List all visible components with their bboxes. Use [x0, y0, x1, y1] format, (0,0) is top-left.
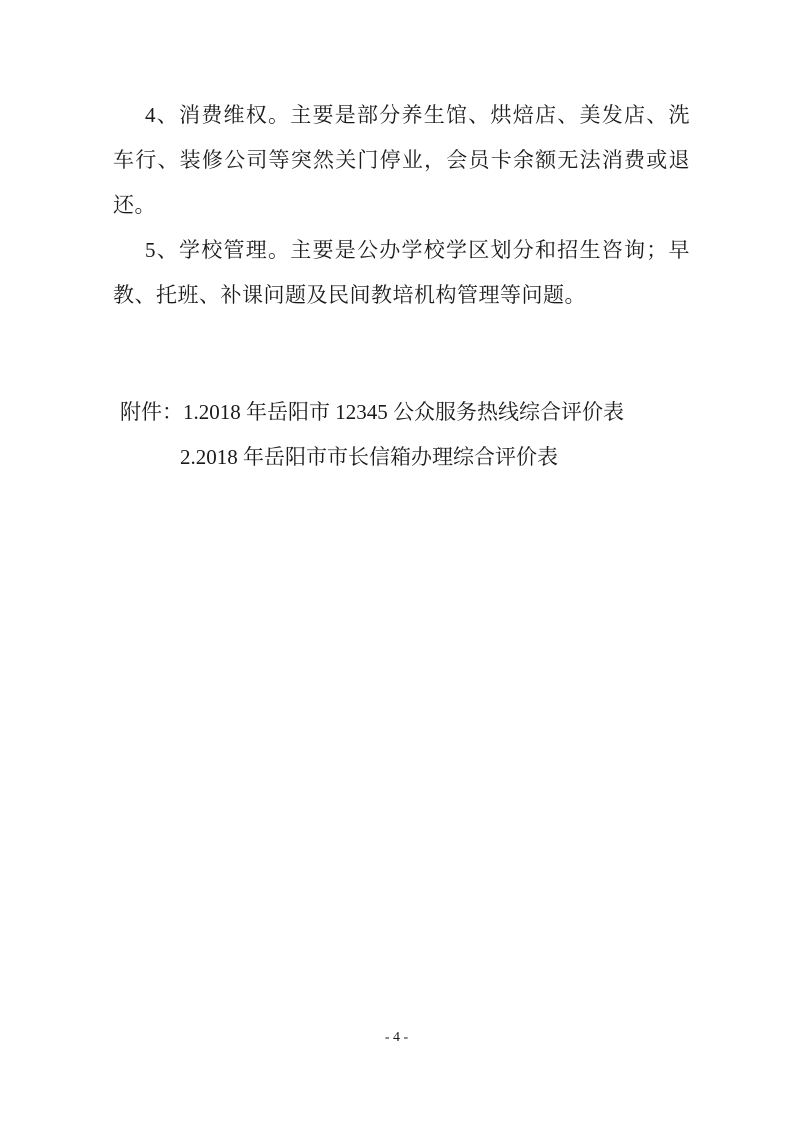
page-footer: - 4 -: [0, 1028, 793, 1048]
page-number: - 4 -: [385, 1030, 408, 1045]
document-page: 4、消费维权。主要是部分养生馆、烘焙店、美发店、洗车行、装修公司等突然关门停业，…: [0, 0, 793, 1122]
paragraph-consumer-rights: 4、消费维权。主要是部分养生馆、烘焙店、美发店、洗车行、装修公司等突然关门停业，…: [113, 93, 690, 228]
attachment-item: 2.2018 年岳阳市市长信箱办理综合评价表: [180, 445, 558, 469]
document-body: 4、消费维权。主要是部分养生馆、烘焙店、美发店、洗车行、装修公司等突然关门停业，…: [113, 93, 690, 480]
attachment-line: 2.2018 年岳阳市市长信箱办理综合评价表: [120, 435, 690, 480]
attachment-line: 附件：1.2018 年岳阳市 12345 公众服务热线综合评价表: [120, 390, 690, 435]
attachments-block: 附件：1.2018 年岳阳市 12345 公众服务热线综合评价表 2.2018 …: [120, 390, 690, 480]
paragraph-school-management: 5、学校管理。主要是公办学校学区划分和招生咨询；早教、托班、补课问题及民间教培机…: [113, 228, 690, 318]
attachment-item: 1.2018 年岳阳市 12345 公众服务热线综合评价表: [183, 400, 624, 424]
attachments-label: 附件：: [120, 400, 183, 424]
